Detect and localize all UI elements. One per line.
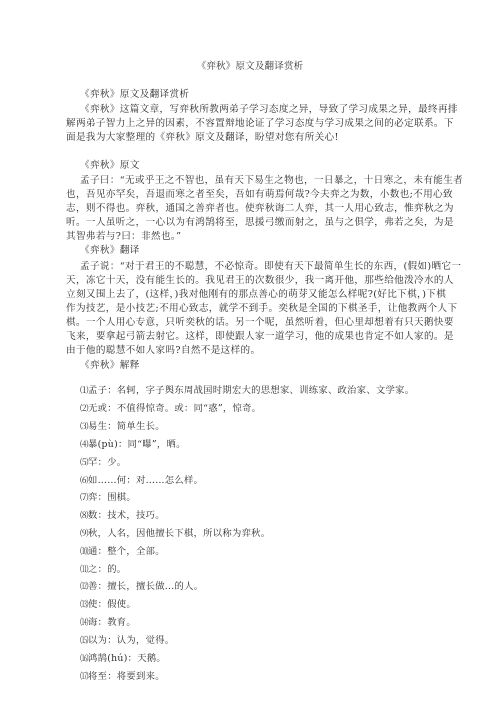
document-title: 《弈秋》原文及翻译赏析 xyxy=(0,58,500,72)
note-number: ⑻ xyxy=(80,511,88,521)
note-number: ⑺ xyxy=(80,493,88,503)
note-text: 数：技术，技巧。 xyxy=(88,510,165,521)
translation-line: 作为技艺，是小技艺;不用心致志，就学不到手。奕秋是全国的下棋圣手，让他教两个人下 xyxy=(66,302,438,316)
note-item: ⑵无或：不值得惊奇。或：同“惑”，惊奇。 xyxy=(80,402,261,416)
note-item: ⒁诲：教育。 xyxy=(80,616,136,630)
note-item: ⑶易生：简单生长。 xyxy=(80,420,165,434)
original-line: 其智弗若与?曰：非然也。” xyxy=(66,230,438,244)
document-page: 《弈秋》原文及翻译赏析 《弈秋》原文及翻译赏析 《弈秋》这篇文章，写弈秋所教两弟… xyxy=(0,0,500,707)
translation-line: 立刻又围上去了，(这样，)我对他刚有的那点善心的萌芽又能怎么样呢?(好比下棋，)… xyxy=(66,288,438,302)
note-number: ⑼ xyxy=(80,529,88,539)
note-item: ⑿善：擅长，擅长做...的人。 xyxy=(80,580,203,594)
intro-line: 《弈秋》这篇文章，写弈秋所教两弟子学习态度之异，导致了学习成果之异，最终再排 xyxy=(80,103,452,117)
note-text: 秋，人名，因他擅长下棋，所以称为弈秋。 xyxy=(88,528,270,539)
note-number: ⑵ xyxy=(80,404,88,414)
note-text: 易生：简单生长。 xyxy=(88,421,165,432)
note-number: ⑶ xyxy=(80,422,88,432)
note-text: 善：擅长，擅长做...的人。 xyxy=(88,581,203,592)
note-item: ⒂以为：认为，觉得。 xyxy=(80,634,174,648)
note-number: ⑷ xyxy=(80,440,88,450)
note-item: ⑼秋，人名，因他擅长下棋，所以称为弈秋。 xyxy=(80,527,270,541)
note-text: 将至：将要到来。 xyxy=(88,671,165,682)
note-text: 弈：围棋。 xyxy=(88,492,136,503)
note-number: ⑸ xyxy=(80,458,88,468)
intro-heading: 《弈秋》原文及翻译赏析 xyxy=(80,88,452,102)
note-item: ⑺弈：围棋。 xyxy=(80,491,136,505)
note-item: ⑽通：整个，全部。 xyxy=(80,545,165,559)
note-number: ⑿ xyxy=(80,582,88,592)
original-line: 志，则不得也。弈秋，通国之善弈者也。使弈秋诲二人弈，其一人用心致志，惟弈秋之为 xyxy=(66,202,438,216)
note-number: ⒃ xyxy=(80,654,88,664)
note-text: 如……何：对……怎么样。 xyxy=(88,475,203,486)
note-item: ⑾之：的。 xyxy=(80,563,126,577)
note-number: ⑽ xyxy=(80,547,88,557)
intro-line: 解两弟子智力上之异的因素，不容置辩地论证了学习态度与学习成果之间的必定联系。下 xyxy=(66,117,438,131)
note-number: ⑹ xyxy=(80,476,88,486)
original-heading: 《弈秋》原文 xyxy=(80,159,452,173)
note-text: 罕：少。 xyxy=(88,457,126,468)
intro-line: 面是我为大家整理的《弈秋》原文及翻译，盼望对您有所关心! xyxy=(66,131,438,145)
note-number: ⑴ xyxy=(80,386,88,396)
note-text: 使：假使。 xyxy=(88,599,136,610)
note-text: 之：的。 xyxy=(88,564,126,575)
note-number: ⑾ xyxy=(80,565,88,575)
note-text: 暴(pù)：同“曝”，晒。 xyxy=(88,439,186,450)
note-item: ⒃鸿鹄(hú)：天鹅。 xyxy=(80,652,166,666)
note-text: 孟子：名轲，字子舆东周战国时期宏大的思想家、训练家、政治家、文学家。 xyxy=(88,385,414,396)
note-text: 无或：不值得惊奇。或：同“惑”，惊奇。 xyxy=(88,403,261,414)
original-line: 孟子曰：“无或乎王之不智也，虽有天下易生之物也，一日暴之，十日寒之，未有能生者 xyxy=(80,174,452,188)
original-line: 也，吾见亦罕矣，吾退而寒之者至矣，吾如有萌焉何哉?今夫弈之为数，小数也;不用心致 xyxy=(66,188,438,202)
notes-heading: 《弈秋》解释 xyxy=(80,359,452,373)
note-item: ⑷暴(pù)：同“曝”，晒。 xyxy=(80,438,186,452)
original-line: 听。一人虽听之，一心以为有鸿鹄将至，思援弓缴而射之，虽与之俱学，弗若之矣，为是 xyxy=(66,216,438,230)
note-item: ⑸罕：少。 xyxy=(80,456,126,470)
translation-heading: 《弈秋》翻译 xyxy=(80,244,452,258)
note-text: 诲：教育。 xyxy=(88,617,136,628)
translation-line: 天，冻它十天，没有能生长的。我见君王的次数很少，我一离开他，那些给他泼冷水的人 xyxy=(66,274,438,288)
note-item: ⑹如……何：对……怎么样。 xyxy=(80,474,203,488)
note-item: ⑴孟子：名轲，字子舆东周战国时期宏大的思想家、训练家、政治家、文学家。 xyxy=(80,384,414,398)
note-text: 以为：认为，觉得。 xyxy=(88,635,174,646)
translation-line: 飞来，要拿起弓箭去射它。这样，即使跟人家一道学习，他的成果也肯定不如人家的。是 xyxy=(66,330,438,344)
note-item: ⒄将至：将要到来。 xyxy=(80,670,165,684)
translation-line: 孟子说：“对于君王的不聪慧，不必惊奇。即使有天下最简单生长的东西，(假如)晒它一 xyxy=(80,260,452,274)
note-text: 鸿鹄(hú)：天鹅。 xyxy=(88,653,166,664)
note-number: ⒀ xyxy=(80,600,88,610)
note-number: ⒂ xyxy=(80,636,88,646)
note-item: ⒀使：假使。 xyxy=(80,598,136,612)
note-number: ⒁ xyxy=(80,618,88,628)
translation-line: 由于他的聪慧不如人家吗?自然不是这样的。 xyxy=(66,344,438,358)
note-text: 通：整个，全部。 xyxy=(88,546,165,557)
note-number: ⒄ xyxy=(80,672,88,682)
note-item: ⑻数：技术，技巧。 xyxy=(80,509,165,523)
translation-line: 棋。一个人用心专意，只听奕秋的话。另一个呢，虽然听着，但心里却想着有只天鹅快要 xyxy=(66,316,438,330)
